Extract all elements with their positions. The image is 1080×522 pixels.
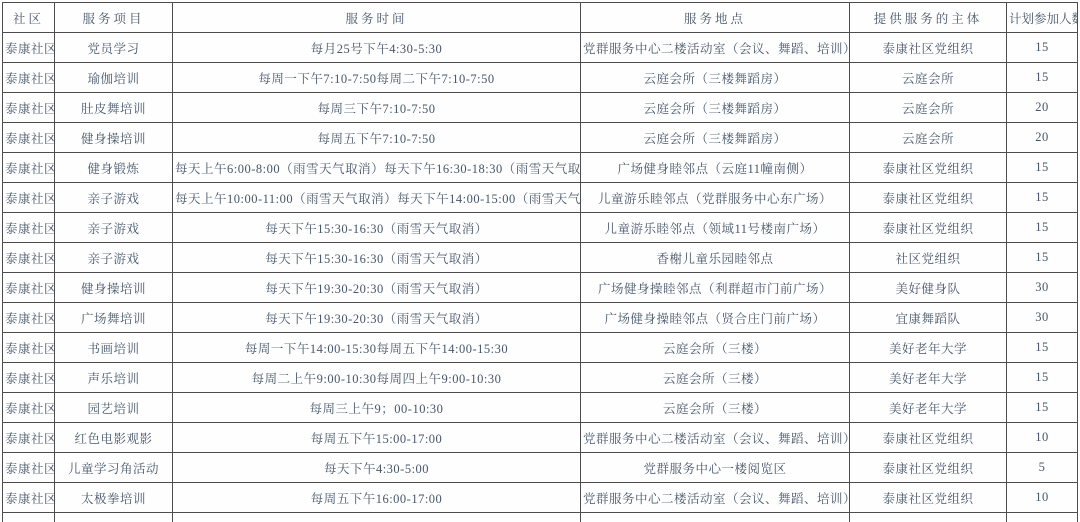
cell-community: 泰康社区 bbox=[3, 93, 55, 123]
table-row: 泰康社区太极拳培训每周五下午16:00-17:00党群服务中心二楼活动室（会议、… bbox=[3, 483, 1078, 513]
community-service-table: 社区 服务项目 服务时间 服务地点 提供服务的主体 计划参加人数 泰康社区党员学… bbox=[2, 2, 1078, 522]
column-header-planned-participants: 计划参加人数 bbox=[1007, 3, 1078, 33]
table-row: 泰康社区亲子游戏每天下午15:30-16:30（雨雪天气取消）儿童游乐睦邻点（领… bbox=[3, 213, 1078, 243]
cell-community: 泰康社区 bbox=[3, 153, 55, 183]
cell-participants-count: 30 bbox=[1007, 303, 1078, 333]
cell-service-item: 广场舞培训 bbox=[55, 303, 173, 333]
cell-service-provider: 泰康社区党组织 bbox=[850, 33, 1007, 63]
table-body: 泰康社区党员学习每月25号下午4:30-5:30党群服务中心二楼活动室（会议、舞… bbox=[3, 33, 1078, 522]
cell-community: 泰康社区 bbox=[3, 243, 55, 273]
cell-community: 泰康社区 bbox=[3, 303, 55, 333]
table-row: 泰康社区红色电影观影每周五下午15:00-17:00党群服务中心二楼活动室（会议… bbox=[3, 423, 1078, 453]
cell-service-location: 党群服务中心二楼活动室（会议、舞蹈、培训） bbox=[581, 33, 850, 63]
cell-service-time: 每天下午19:30-20:30（雨雪天气取消） bbox=[173, 303, 581, 333]
cell-service-location: 云庭会所（三楼舞蹈房） bbox=[581, 93, 850, 123]
cell-service-time: 每周二上午9:00-10:30每周四上午9:00-10:30 bbox=[173, 363, 581, 393]
cell-service-time: 每周一下午7:10-7:50每周二下午7:10-7:50 bbox=[173, 63, 581, 93]
cell-service-location: 云庭会所（三楼） bbox=[581, 363, 850, 393]
cell-service-item: 红色电影观影 bbox=[55, 423, 173, 453]
cell-service-item: 健身操培训 bbox=[55, 123, 173, 153]
table-row: 泰康社区声乐培训每周二上午9:00-10:30每周四上午9:00-10:30云庭… bbox=[3, 363, 1078, 393]
cell-service-item: 亲子游戏 bbox=[55, 243, 173, 273]
table-row: 泰康社区儿童学习角活动每天下午4:30-5:00党群服务中心一楼阅览区泰康社区党… bbox=[3, 453, 1078, 483]
column-header-service-location: 服务地点 bbox=[581, 3, 850, 33]
cell-service-time: 每天下午4:30-5:00 bbox=[173, 453, 581, 483]
cell-service-location: 党群服务中心二楼活动室（会议、舞蹈、培训） bbox=[581, 483, 850, 513]
cell-service-item: 亲子游戏 bbox=[55, 213, 173, 243]
cell-service-item: 肚皮舞培训 bbox=[55, 93, 173, 123]
column-header-service-time: 服务时间 bbox=[173, 3, 581, 33]
cell-service-item: 健身锻炼 bbox=[55, 153, 173, 183]
cell-service-time: 每天下午15:30-16:30（雨雪天气取消） bbox=[173, 213, 581, 243]
cell-service-location: 广场健身睦邻点（云庭11幢南侧） bbox=[581, 153, 850, 183]
cell-community: 泰康社区 bbox=[3, 33, 55, 63]
cell-community: 泰康社区 bbox=[3, 63, 55, 93]
table-row: 泰康社区党员学习每月25号下午4:30-5:30党群服务中心二楼活动室（会议、舞… bbox=[3, 33, 1078, 63]
cell-service-location: 云庭会所（三楼） bbox=[581, 333, 850, 363]
cell-service-provider: 云庭会所 bbox=[850, 123, 1007, 153]
document-page: 社区 服务项目 服务时间 服务地点 提供服务的主体 计划参加人数 泰康社区党员学… bbox=[0, 0, 1080, 522]
cell-participants-count: 15 bbox=[1007, 363, 1078, 393]
cell-service-location: 香榭儿童乐园睦邻点 bbox=[581, 243, 850, 273]
table-row: 泰康社区瑜伽培训每周一下午7:10-7:50每周二下午7:10-7:50云庭会所… bbox=[3, 63, 1078, 93]
cell-participants-count: 15 bbox=[1007, 63, 1078, 93]
cell-service-provider: 云庭会所 bbox=[850, 63, 1007, 93]
cell-service-provider: 宜康舞蹈队 bbox=[850, 303, 1007, 333]
cell-participants-count: 15 bbox=[1007, 393, 1078, 423]
header-row: 社区 服务项目 服务时间 服务地点 提供服务的主体 计划参加人数 bbox=[3, 3, 1078, 33]
cell-service-item: 党员学习 bbox=[55, 33, 173, 63]
cell-community: 泰康社区 bbox=[3, 213, 55, 243]
table-row: 泰康社区园艺培训每周三上午9；00-10:30云庭会所（三楼）美好老年大学15 bbox=[3, 393, 1078, 423]
cell-service-provider: 社区党组织 bbox=[850, 243, 1007, 273]
cell-participants-count: 15 bbox=[1007, 243, 1078, 273]
table-row: 泰康社区书画培训每周一下午14:00-15:30每周五下午14:00-15:30… bbox=[3, 333, 1078, 363]
table-row: 泰康社区肚皮舞培训每周三下午7:10-7:50云庭会所（三楼舞蹈房）云庭会所20 bbox=[3, 93, 1078, 123]
cell-service-provider: 美好健身队 bbox=[850, 273, 1007, 303]
cell-community: 泰康社区 bbox=[3, 393, 55, 423]
cell-service-time: 每天上午10:00-11:00（雨雪天气取消）每天下午14:00-15:00（雨… bbox=[173, 183, 581, 213]
cell-service-time: 每天下午15:30-16:30（雨雪天气取消） bbox=[173, 243, 581, 273]
cell-service-location: 云庭会所（三楼） bbox=[581, 393, 850, 423]
cell-service-location: 广场健身操睦邻点（贤合庄门前广场） bbox=[581, 303, 850, 333]
cell-community: 泰康社区 bbox=[3, 423, 55, 453]
cell-service-provider: 泰康社区党组织 bbox=[850, 183, 1007, 213]
cell-participants-count: 20 bbox=[1007, 123, 1078, 153]
cell-service-time: 每天上午6:00-8:00（雨雪天气取消）每天下午16:30-18:30（雨雪天… bbox=[173, 153, 581, 183]
cell-participants-count: 15 bbox=[1007, 333, 1078, 363]
cell-service-location: 云庭会所（三楼舞蹈房） bbox=[581, 63, 850, 93]
cell-service-provider: 泰康社区党组织 bbox=[850, 213, 1007, 243]
cell-service-provider: 泰康社区党组织 bbox=[850, 483, 1007, 513]
cell-service-location: 云庭会所（三楼舞蹈房） bbox=[581, 123, 850, 153]
cell-empty bbox=[581, 513, 850, 522]
cell-service-item: 太极拳培训 bbox=[55, 483, 173, 513]
cell-service-time: 每周五下午7:10-7:50 bbox=[173, 123, 581, 153]
cell-participants-count: 10 bbox=[1007, 423, 1078, 453]
cell-service-location: 儿童游乐睦邻点（领域11号楼南广场） bbox=[581, 213, 850, 243]
cell-service-item: 亲子游戏 bbox=[55, 183, 173, 213]
table-row: 泰康社区亲子游戏每天下午15:30-16:30（雨雪天气取消）香榭儿童乐园睦邻点… bbox=[3, 243, 1078, 273]
cell-service-provider: 云庭会所 bbox=[850, 93, 1007, 123]
cell-community: 泰康社区 bbox=[3, 183, 55, 213]
cell-service-item: 瑜伽培训 bbox=[55, 63, 173, 93]
cell-service-provider: 美好老年大学 bbox=[850, 333, 1007, 363]
table-header: 社区 服务项目 服务时间 服务地点 提供服务的主体 计划参加人数 bbox=[3, 3, 1078, 33]
cell-service-provider: 美好老年大学 bbox=[850, 393, 1007, 423]
cell-service-time: 每周一下午14:00-15:30每周五下午14:00-15:30 bbox=[173, 333, 581, 363]
cell-service-item: 园艺培训 bbox=[55, 393, 173, 423]
cell-empty bbox=[55, 513, 173, 522]
column-header-community: 社区 bbox=[3, 3, 55, 33]
cell-service-location: 广场健身操睦邻点（利群超市门前广场） bbox=[581, 273, 850, 303]
cell-service-item: 儿童学习角活动 bbox=[55, 453, 173, 483]
table-row: 泰康社区健身锻炼每天上午6:00-8:00（雨雪天气取消）每天下午16:30-1… bbox=[3, 153, 1078, 183]
cell-service-time: 每周五下午16:00-17:00 bbox=[173, 483, 581, 513]
cell-service-time: 每天下午19:30-20:30（雨雪天气取消） bbox=[173, 273, 581, 303]
cell-community: 泰康社区 bbox=[3, 453, 55, 483]
table-row: 泰康社区广场舞培训每天下午19:30-20:30（雨雪天气取消）广场健身操睦邻点… bbox=[3, 303, 1078, 333]
cell-service-location: 党群服务中心二楼活动室（会议、舞蹈、培训） bbox=[581, 423, 850, 453]
cell-empty bbox=[173, 513, 581, 522]
cell-empty bbox=[1007, 513, 1078, 522]
cell-empty bbox=[3, 513, 55, 522]
cell-community: 泰康社区 bbox=[3, 363, 55, 393]
cell-service-location: 儿童游乐睦邻点（党群服务中心东广场） bbox=[581, 183, 850, 213]
cell-service-provider: 泰康社区党组织 bbox=[850, 423, 1007, 453]
cell-community: 泰康社区 bbox=[3, 273, 55, 303]
cell-empty bbox=[850, 513, 1007, 522]
partial-row bbox=[3, 513, 1078, 522]
cell-service-item: 声乐培训 bbox=[55, 363, 173, 393]
table-row: 泰康社区健身操培训每天下午19:30-20:30（雨雪天气取消）广场健身操睦邻点… bbox=[3, 273, 1078, 303]
cell-service-time: 每周五下午15:00-17:00 bbox=[173, 423, 581, 453]
cell-participants-count: 5 bbox=[1007, 453, 1078, 483]
cell-service-time: 每周三上午9；00-10:30 bbox=[173, 393, 581, 423]
cell-service-item: 健身操培训 bbox=[55, 273, 173, 303]
column-header-service-item: 服务项目 bbox=[55, 3, 173, 33]
cell-participants-count: 15 bbox=[1007, 33, 1078, 63]
cell-community: 泰康社区 bbox=[3, 123, 55, 153]
cell-participants-count: 30 bbox=[1007, 273, 1078, 303]
cell-community: 泰康社区 bbox=[3, 333, 55, 363]
cell-service-provider: 泰康社区党组织 bbox=[850, 153, 1007, 183]
cell-community: 泰康社区 bbox=[3, 483, 55, 513]
cell-service-time: 每月25号下午4:30-5:30 bbox=[173, 33, 581, 63]
column-header-service-provider: 提供服务的主体 bbox=[850, 3, 1007, 33]
cell-participants-count: 15 bbox=[1007, 213, 1078, 243]
cell-service-time: 每周三下午7:10-7:50 bbox=[173, 93, 581, 123]
cell-service-location: 党群服务中心一楼阅览区 bbox=[581, 453, 850, 483]
cell-service-provider: 美好老年大学 bbox=[850, 363, 1007, 393]
table-row: 泰康社区健身操培训每周五下午7:10-7:50云庭会所（三楼舞蹈房）云庭会所20 bbox=[3, 123, 1078, 153]
cell-service-item: 书画培训 bbox=[55, 333, 173, 363]
table-row: 泰康社区亲子游戏每天上午10:00-11:00（雨雪天气取消）每天下午14:00… bbox=[3, 183, 1078, 213]
cell-participants-count: 15 bbox=[1007, 183, 1078, 213]
cell-participants-count: 20 bbox=[1007, 93, 1078, 123]
cell-participants-count: 10 bbox=[1007, 483, 1078, 513]
cell-service-provider: 泰康社区党组织 bbox=[850, 453, 1007, 483]
cell-participants-count: 15 bbox=[1007, 153, 1078, 183]
